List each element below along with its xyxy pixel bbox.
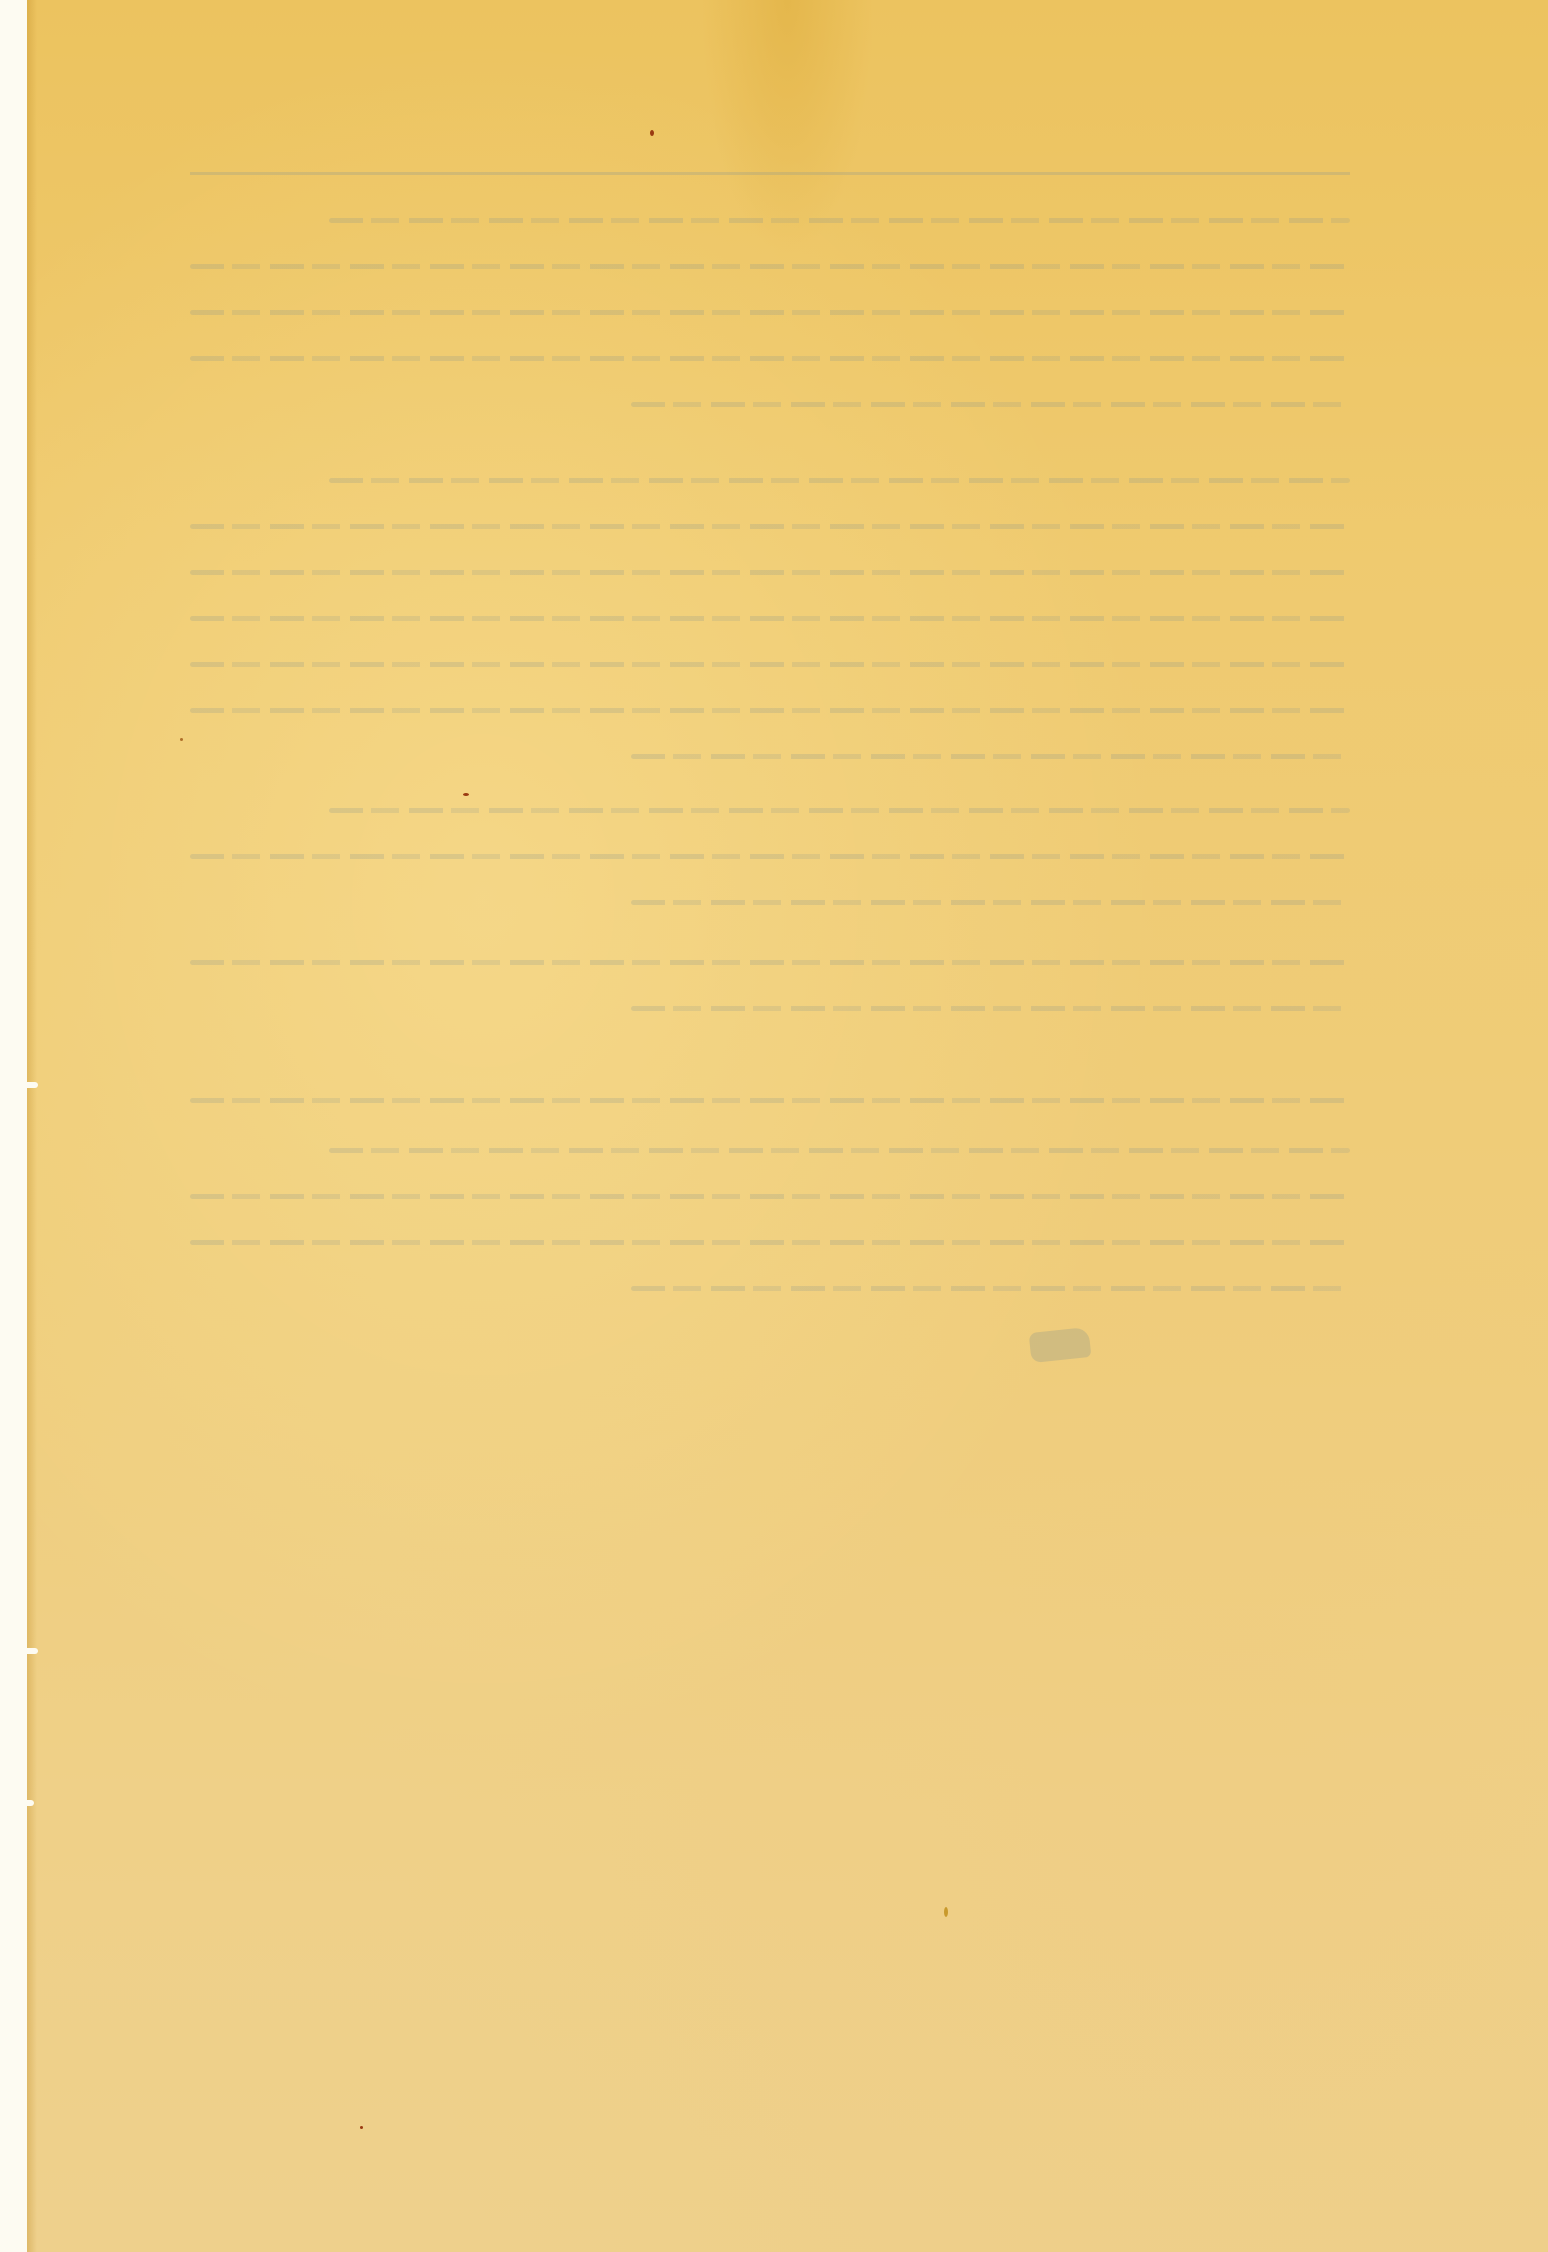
text-line bbox=[190, 708, 1350, 713]
page-edge-shadow bbox=[27, 0, 37, 2252]
paragraph-block bbox=[190, 478, 1350, 800]
text-line bbox=[190, 310, 1350, 315]
paragraph-block bbox=[190, 960, 1350, 1052]
text-line bbox=[190, 662, 1350, 667]
paragraph-block bbox=[190, 1148, 1350, 1332]
edge-tear bbox=[22, 1800, 34, 1806]
paper-speck bbox=[650, 130, 654, 136]
text-line bbox=[190, 524, 1350, 529]
text-line bbox=[329, 1148, 1350, 1153]
text-line bbox=[190, 960, 1350, 965]
paper-speck bbox=[180, 738, 183, 741]
text-line bbox=[190, 854, 1350, 859]
paragraph-block bbox=[190, 218, 1350, 448]
text-line bbox=[631, 402, 1350, 407]
edge-tear bbox=[22, 1648, 38, 1654]
text-line bbox=[190, 616, 1350, 621]
text-line bbox=[631, 900, 1350, 905]
paper-speck bbox=[360, 2126, 363, 2129]
paper-speck bbox=[944, 1907, 948, 1917]
text-line bbox=[190, 1098, 1350, 1103]
text-line bbox=[190, 356, 1350, 361]
text-line bbox=[329, 478, 1350, 483]
paper-speck bbox=[463, 793, 469, 796]
text-line bbox=[631, 1286, 1350, 1291]
text-line bbox=[329, 218, 1350, 223]
text-line bbox=[190, 1194, 1350, 1199]
header-rule bbox=[190, 172, 1350, 175]
paragraph-block bbox=[190, 1098, 1350, 1144]
text-line bbox=[190, 1240, 1350, 1245]
text-line bbox=[190, 264, 1350, 269]
signature-mark bbox=[1029, 1327, 1092, 1363]
text-line bbox=[190, 570, 1350, 575]
edge-tear bbox=[22, 1082, 38, 1088]
text-line bbox=[631, 1006, 1350, 1011]
page-number bbox=[1290, 118, 1340, 146]
text-line bbox=[631, 754, 1350, 759]
paragraph-block bbox=[190, 808, 1350, 946]
text-line bbox=[329, 808, 1350, 813]
running-header bbox=[650, 118, 930, 146]
